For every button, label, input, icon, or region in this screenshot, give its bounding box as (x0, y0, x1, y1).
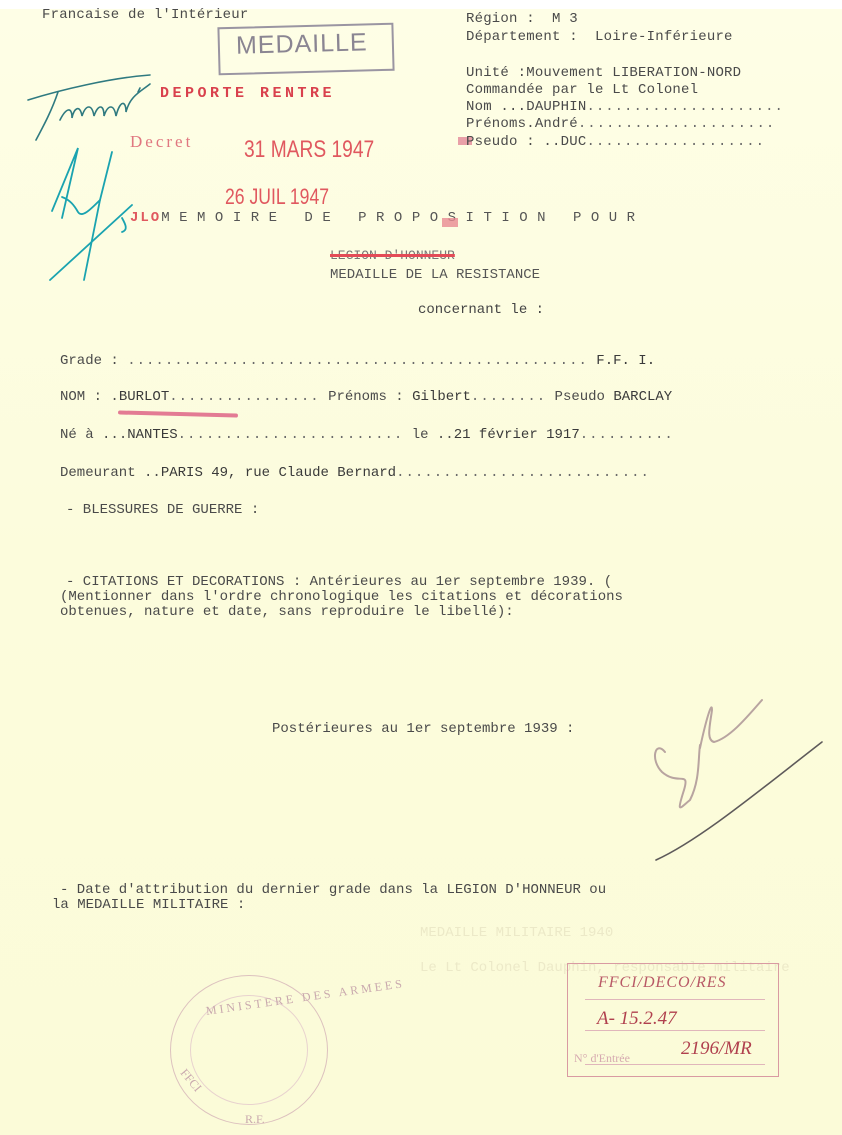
date-attribution-line-1: - Date d'attribution du dernier grade da… (60, 883, 606, 898)
title-text: MEMOIRE DE PROPOSITION POUR (161, 210, 644, 226)
ministry-header: Francaise de l'Intérieur (42, 7, 248, 23)
concernant-label: concernant le : (418, 302, 544, 318)
unite-value: Mouvement LIBERATION-NORD (526, 65, 741, 81)
pseudo-chef-line: Pseudo : ..DUC................... (466, 134, 765, 150)
transmis-handwriting-icon (28, 75, 150, 140)
unite-line: Unité :Mouvement LIBERATION-NORD (466, 65, 741, 81)
departement-value: Loire-Inférieure (595, 29, 733, 45)
grade-field: Grade : ................................… (60, 353, 655, 369)
prenoms-label: Prénoms : (328, 389, 404, 405)
jlo-stamp: JLO (130, 210, 161, 226)
prenoms-chef-label: Prénoms (466, 116, 526, 132)
pseudo-chef-value: DUC (561, 134, 587, 150)
nom-value: BURLOT (119, 389, 169, 405)
legion-honneur-struck: LEGION D'HONNEUR (330, 248, 455, 263)
nom-field: NOM : .BURLOT................ Prénoms : … (60, 389, 672, 405)
bleed-through-text: MEDAILLE MILITAIRE 1940 (420, 925, 613, 941)
region-value: M 3 (552, 11, 578, 27)
seal-text-bottom: R.F. (245, 1112, 265, 1127)
pencil-2e-handwriting-icon (655, 700, 762, 807)
demeurant-label: Demeurant (60, 465, 136, 481)
stamp-rule (585, 1030, 765, 1031)
region-label: Région : (466, 11, 535, 27)
red-underline-mark (118, 410, 238, 417)
commandee-line: Commandée par le Lt Colonel (466, 82, 698, 98)
decret-date-stamp: 31 MARS 1947 (244, 136, 374, 164)
grade-value: F.F. I. (596, 353, 655, 369)
deporte-rentre-stamp: DEPORTE RENTRE (160, 85, 335, 102)
citations-instruction-1: (Mentionner dans l'ordre chronologique l… (60, 590, 623, 605)
grade-label: Grade : (60, 353, 119, 369)
registration-number: 2196/MR (681, 1038, 752, 1060)
date-attribution-line-2: la MEDAILLE MILITAIRE : (52, 898, 245, 913)
region-line: Région : M 3 (466, 11, 578, 27)
demeurant-field: Demeurant ..PARIS 49, rue Claude Bernard… (60, 465, 650, 481)
registration-date: A- 15.2.47 (597, 1008, 677, 1030)
demeurant-value: PARIS 49, rue Claude Bernard (161, 465, 396, 481)
registration-entry-label: N° d'Entrée (574, 1051, 630, 1066)
citations-heading: - CITATIONS ET DECORATIONS : Antérieures… (66, 575, 612, 590)
citations-instruction-2: obtenues, nature et date, sans reproduir… (60, 605, 514, 620)
document-title: JLOMEMOIRE DE PROPOSITION POUR (130, 210, 645, 226)
document-page: MEDAILLE MILITAIRE 1940 Le Lt Colonel Da… (0, 0, 842, 1135)
stamp-rule (585, 999, 765, 1000)
red-mark (442, 218, 458, 227)
pencil-slash-icon (656, 742, 822, 860)
registration-service-code: FFCI/DECO/RES (598, 974, 727, 992)
ne-label: Né à (60, 427, 94, 443)
unite-label: Unité : (466, 65, 526, 81)
departement-line: Département : Loire-Inférieure (466, 29, 733, 45)
le-label: le (412, 427, 429, 443)
nom-label: NOM : (60, 389, 102, 405)
pseudo-chef-label: Pseudo : (466, 134, 535, 150)
posterieures-label: Postérieures au 1er septembre 1939 : (272, 722, 574, 737)
nom-chef-label: Nom (466, 99, 492, 115)
nom-chef-value: DAUPHIN (526, 99, 586, 115)
nom-chef-line: Nom ...DAUPHIN..................... (466, 99, 784, 115)
initials-handwriting-icon (50, 148, 132, 280)
blessures-heading: - BLESSURES DE GUERRE : (66, 502, 259, 518)
received-date-stamp: 26 JUIL 1947 (225, 184, 329, 210)
prenoms-value: Gilbert (412, 389, 471, 405)
prenoms-chef-value: André (535, 116, 578, 132)
pseudo-value: BARCLAY (613, 389, 672, 405)
departement-label: Département : (466, 29, 578, 45)
prenoms-chef-line: Prénoms.André..................... (466, 116, 775, 132)
medaille-resistance-option: MEDAILLE DE LA RESISTANCE (330, 267, 540, 283)
ne-value: NANTES (127, 427, 177, 443)
date-naissance-value: 21 février 1917 (454, 427, 580, 443)
medaille-stamp: MEDAILLE (236, 28, 368, 60)
naissance-field: Né à ...NANTES........................ l… (60, 427, 674, 443)
pseudo-label: Pseudo (555, 389, 605, 405)
decret-label: Decret (130, 132, 193, 152)
